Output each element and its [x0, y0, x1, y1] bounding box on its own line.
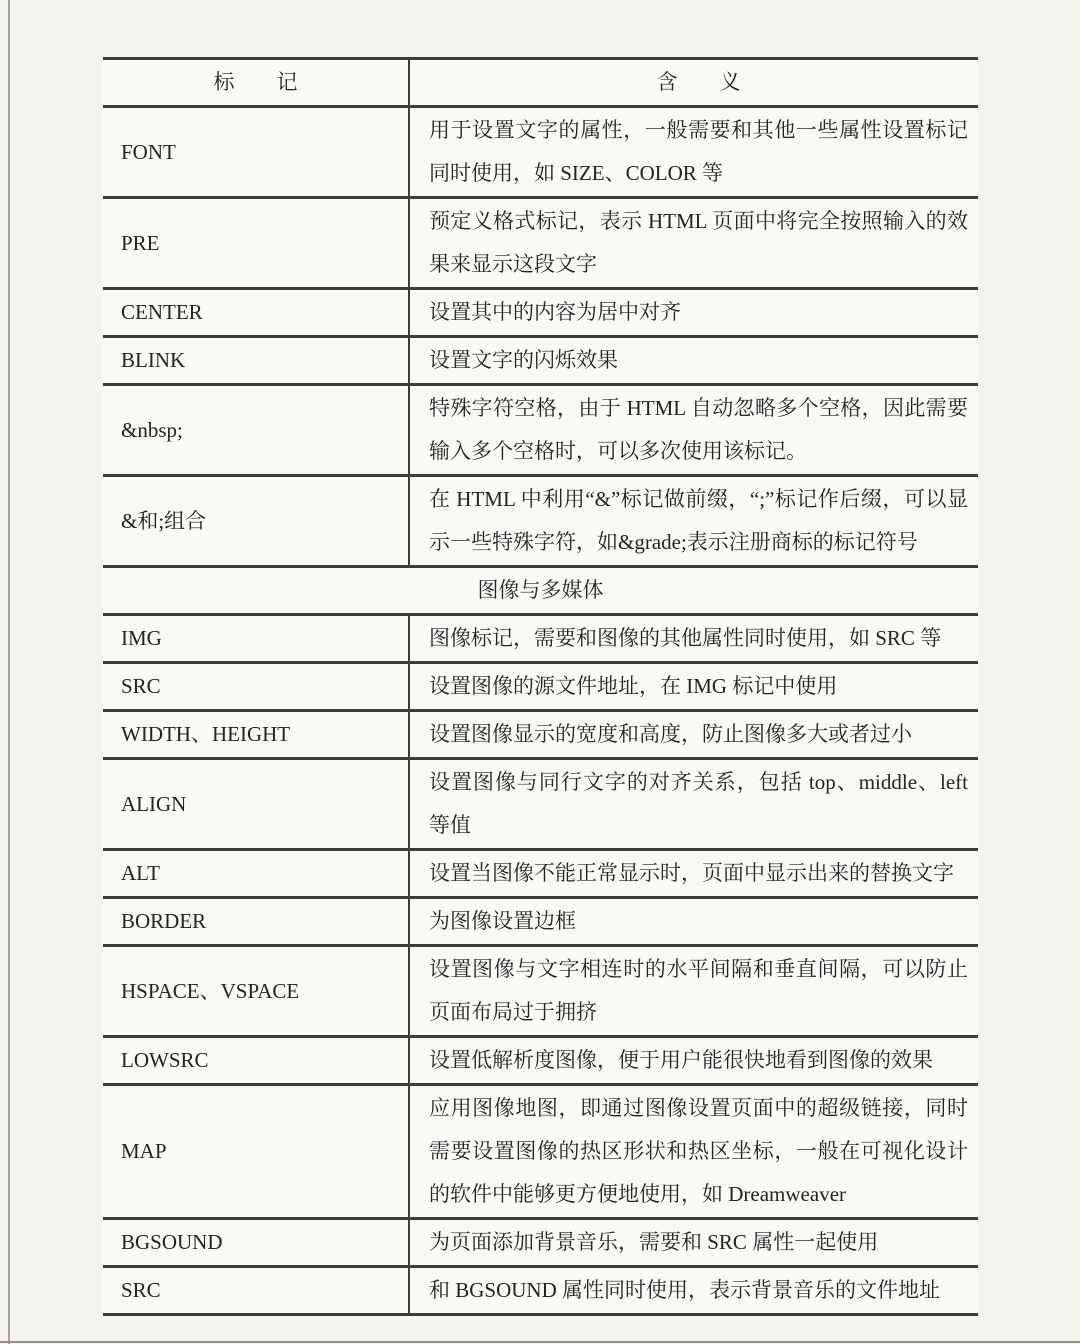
meaning-cell: 设置当图像不能正常显示时，页面中显示出来的替换文字: [410, 851, 978, 896]
tag-cell: WIDTH、HEIGHT: [103, 712, 410, 757]
table-row: BORDER为图像设置边框: [103, 899, 978, 947]
table-row: IMG图像标记，需要和图像的其他属性同时使用，如 SRC 等: [103, 616, 978, 664]
meaning-cell: 设置低解析度图像，便于用户能很快地看到图像的效果: [410, 1038, 978, 1083]
table-row: HSPACE、VSPACE设置图像与文字相连时的水平间隔和垂直间隔，可以防止页面…: [103, 947, 978, 1038]
table-row: &nbsp;特殊字符空格，由于 HTML 自动忽略多个空格，因此需要输入多个空格…: [103, 386, 978, 477]
tag-cell: HSPACE、VSPACE: [103, 947, 410, 1035]
tag-cell: MAP: [103, 1086, 410, 1217]
meaning-cell: 用于设置文字的属性，一般需要和其他一些属性设置标记同时使用，如 SIZE、COL…: [410, 108, 978, 196]
tag-cell: PRE: [103, 199, 410, 287]
scanned-document-page: 标 记 含 义 FONT用于设置文字的属性，一般需要和其他一些属性设置标记同时使…: [0, 0, 1080, 1344]
meaning-cell: 设置图像显示的宽度和高度，防止图像多大或者过小: [410, 712, 978, 757]
table-row: &和;组合在 HTML 中利用“&”标记做前缀，“;”标记作后缀，可以显示一些特…: [103, 477, 978, 568]
meaning-cell: 应用图像地图，即通过图像设置页面中的超级链接，同时需要设置图像的热区形状和热区坐…: [410, 1086, 978, 1217]
table-row: WIDTH、HEIGHT设置图像显示的宽度和高度，防止图像多大或者过小: [103, 712, 978, 760]
meaning-cell: 和 BGSOUND 属性同时使用，表示背景音乐的文件地址: [410, 1268, 978, 1313]
tag-cell: SRC: [103, 664, 410, 709]
meaning-cell: 设置其中的内容为居中对齐: [410, 290, 978, 335]
meaning-cell: 设置图像的源文件地址，在 IMG 标记中使用: [410, 664, 978, 709]
header-tag-column: 标 记: [103, 60, 410, 105]
table-row: ALIGN设置图像与同行文字的对齐关系，包括 top、middle、left 等…: [103, 760, 978, 851]
table-row: BGSOUND为页面添加背景音乐，需要和 SRC 属性一起使用: [103, 1220, 978, 1268]
section-label: 图像与多媒体: [103, 568, 978, 613]
tag-cell: &和;组合: [103, 477, 410, 565]
meaning-cell: 在 HTML 中利用“&”标记做前缀，“;”标记作后缀，可以显示一些特殊字符，如…: [410, 477, 978, 565]
meaning-cell: 为图像设置边框: [410, 899, 978, 944]
page-edge-line-bottom: [0, 1341, 1080, 1343]
meaning-cell: 设置图像与同行文字的对齐关系，包括 top、middle、left 等值: [410, 760, 978, 848]
meaning-cell: 设置图像与文字相连时的水平间隔和垂直间隔，可以防止页面布局过于拥挤: [410, 947, 978, 1035]
meaning-cell: 设置文字的闪烁效果: [410, 338, 978, 383]
html-tags-table: 标 记 含 义 FONT用于设置文字的属性，一般需要和其他一些属性设置标记同时使…: [103, 57, 978, 1316]
tag-cell: ALT: [103, 851, 410, 896]
page-edge-line-left: [8, 0, 10, 1344]
table-body: FONT用于设置文字的属性，一般需要和其他一些属性设置标记同时使用，如 SIZE…: [103, 108, 978, 1316]
table-row: SRC和 BGSOUND 属性同时使用，表示背景音乐的文件地址: [103, 1268, 978, 1316]
header-meaning-column: 含 义: [410, 60, 978, 105]
section-row: 图像与多媒体: [103, 568, 978, 616]
table-row: MAP应用图像地图，即通过图像设置页面中的超级链接，同时需要设置图像的热区形状和…: [103, 1086, 978, 1220]
table-row: CENTER设置其中的内容为居中对齐: [103, 290, 978, 338]
meaning-cell: 为页面添加背景音乐，需要和 SRC 属性一起使用: [410, 1220, 978, 1265]
tag-cell: SRC: [103, 1268, 410, 1313]
tag-cell: CENTER: [103, 290, 410, 335]
tag-cell: BLINK: [103, 338, 410, 383]
tag-cell: LOWSRC: [103, 1038, 410, 1083]
table-header-row: 标 记 含 义: [103, 60, 978, 108]
tag-cell: BGSOUND: [103, 1220, 410, 1265]
table-row: BLINK设置文字的闪烁效果: [103, 338, 978, 386]
meaning-cell: 图像标记，需要和图像的其他属性同时使用，如 SRC 等: [410, 616, 978, 661]
table-row: ALT设置当图像不能正常显示时，页面中显示出来的替换文字: [103, 851, 978, 899]
table-row: PRE预定义格式标记，表示 HTML 页面中将完全按照输入的效果来显示这段文字: [103, 199, 978, 290]
table-row: FONT用于设置文字的属性，一般需要和其他一些属性设置标记同时使用，如 SIZE…: [103, 108, 978, 199]
tag-cell: BORDER: [103, 899, 410, 944]
meaning-cell: 预定义格式标记，表示 HTML 页面中将完全按照输入的效果来显示这段文字: [410, 199, 978, 287]
tag-cell: FONT: [103, 108, 410, 196]
tag-cell: &nbsp;: [103, 386, 410, 474]
table-row: LOWSRC设置低解析度图像，便于用户能很快地看到图像的效果: [103, 1038, 978, 1086]
tag-cell: IMG: [103, 616, 410, 661]
table-row: SRC设置图像的源文件地址，在 IMG 标记中使用: [103, 664, 978, 712]
meaning-cell: 特殊字符空格，由于 HTML 自动忽略多个空格，因此需要输入多个空格时，可以多次…: [410, 386, 978, 474]
tag-cell: ALIGN: [103, 760, 410, 848]
